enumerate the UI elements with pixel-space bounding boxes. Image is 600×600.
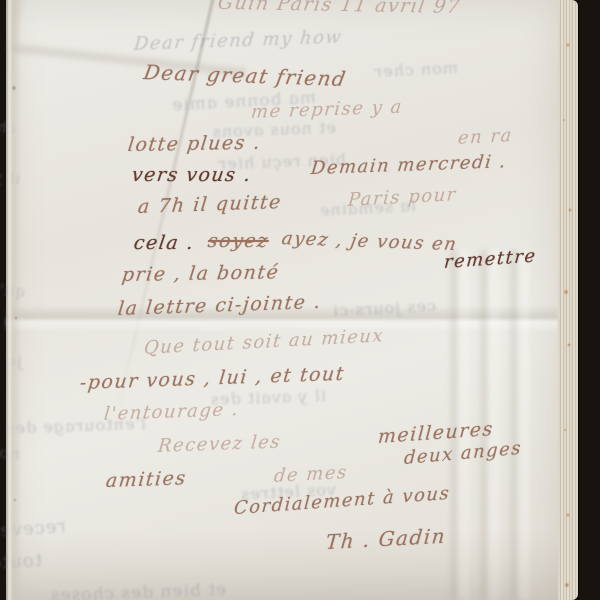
book-page-edges-stack	[558, 0, 578, 600]
handwriting-line: vers vous .	[130, 164, 253, 186]
bleedthrough-line: et bien des choses	[49, 580, 227, 600]
handwriting-line: ayez , je vous en	[280, 228, 459, 255]
handwriting-line: l'entourage .	[103, 399, 240, 425]
handwriting-line: Guin Paris 11 avril 97	[216, 0, 462, 18]
letter-page: mon cherma bonne amieet nous avonsbien r…	[6, 0, 558, 600]
handwriting-line: en ra	[457, 125, 514, 149]
handwriting-line: amities	[105, 467, 188, 492]
page-left-torn-edge	[6, 0, 24, 600]
handwriting-line: de mes	[273, 462, 349, 487]
handwriting-line: Dear great friend	[142, 60, 349, 91]
handwriting-line: Dear friend my how	[133, 27, 344, 55]
handwriting-line: Que tout soit au mieux	[143, 325, 385, 359]
handwriting-line: Recevez les	[157, 432, 282, 457]
handwriting-line: prie , la bonté	[121, 261, 281, 286]
handwriting-line: la lettre ci-jointe .	[117, 291, 323, 320]
handwriting-line: me reprise y a	[250, 97, 404, 123]
bleedthrough-line: mon cher	[373, 58, 459, 82]
handwriting-line: cela .	[132, 232, 195, 254]
handwriting-line: Paris pour	[347, 184, 458, 211]
handwriting-line: a 7h il quitte	[137, 191, 283, 218]
bleedthrough-line: ces jours-ci	[331, 296, 436, 321]
handwriting-line: soyez	[206, 230, 270, 252]
handwriting-line: Th . Gadin	[325, 524, 447, 554]
photo-background: mon cherma bonne amieet nous avonsbien r…	[0, 0, 600, 600]
handwriting-line: lotte plues .	[127, 132, 263, 156]
handwriting-line: remettre	[443, 245, 537, 273]
